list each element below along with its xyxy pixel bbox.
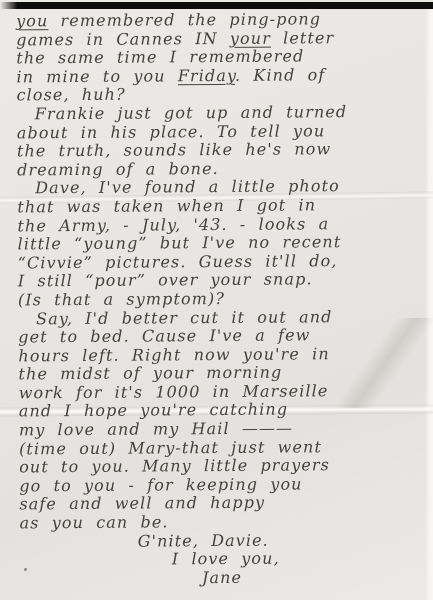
scanner-edge-bar: [0, 2, 433, 9]
handwritten-text: Jane: [202, 568, 242, 587]
underlined-word: your: [230, 28, 271, 47]
letter-body: you remembered the ping-ponggames in Can…: [16, 10, 422, 589]
handwritten-text: as you can be.: [19, 512, 168, 532]
letter-line: Jane: [202, 567, 422, 587]
handwritten-text: the same time I remembered: [16, 47, 304, 68]
letter-line: G'nite, Davie.: [138, 530, 422, 551]
handwritten-text: I love you,: [172, 549, 280, 569]
handwritten-text: games in Cannes IN: [16, 29, 230, 49]
paper-right-edge: [425, 9, 433, 600]
handwritten-text: (Is that a symptom)?: [18, 289, 225, 309]
handwritten-text: I still “pour” over your snap.: [18, 270, 313, 291]
handwritten-text: close, huh?: [17, 85, 126, 105]
underlined-word: you: [16, 11, 48, 30]
handwritten-text: letter: [271, 28, 334, 47]
handwritten-text: remembered the ping-pong: [48, 9, 321, 30]
underlined-word: Friday: [178, 66, 235, 85]
letter-line: I love you,: [172, 549, 422, 569]
handwritten-text: the truth, sounds like he's now: [17, 139, 331, 160]
handwritten-letter-scan: you remembered the ping-ponggames in Can…: [0, 0, 433, 600]
handwritten-text: safe and well and happy: [19, 493, 265, 514]
handwritten-text: . Kind of: [235, 65, 325, 85]
handwritten-text: dreaming of a bone.: [17, 159, 219, 179]
handwritten-text: go to you - for keeping you: [19, 474, 302, 495]
handwritten-text: in mine to you: [16, 66, 178, 86]
handwritten-text: hours left. Right now you're in: [18, 344, 329, 365]
handwritten-text: the midst of your morning: [18, 363, 282, 384]
handwritten-text: my love and my Hail ———: [19, 419, 293, 440]
handwritten-text: get to bed. Cause I've a few: [18, 325, 310, 346]
handwritten-text: G'nite, Davie.: [138, 530, 269, 550]
handwritten-text: and I hope you're catching: [19, 400, 288, 421]
